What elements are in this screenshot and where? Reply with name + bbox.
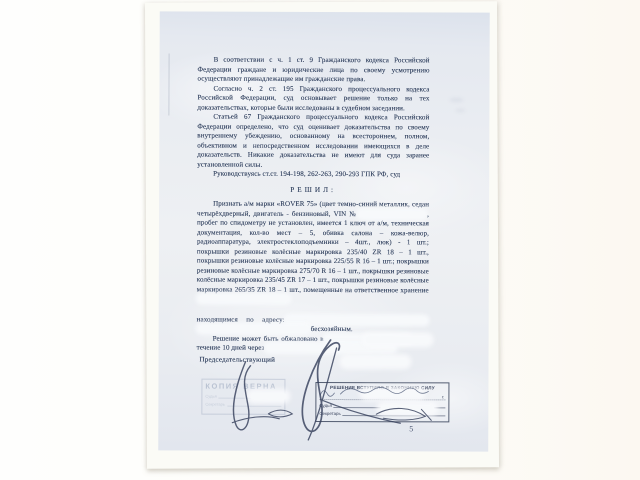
resolved-heading: РЕШИЛ: — [197, 185, 429, 195]
scan-smudge — [455, 108, 465, 112]
document-page: В соответствии с ч. 1 ст. 9 Гражданского… — [158, 11, 490, 451]
scan-smudge — [449, 97, 463, 102]
signature-ink — [178, 327, 468, 443]
decision-text-block: В соответствии с ч. 1 ст. 9 Гражданского… — [197, 56, 430, 354]
scan-crease — [168, 53, 169, 115]
handwritten-date — [320, 387, 428, 396]
spacer — [197, 304, 429, 316]
address-label: находящимся по адресу: — [197, 315, 285, 323]
paragraph-decision: Признать а/м марки «ROVER 75» (цвет темн… — [197, 200, 429, 305]
redaction-blur-vin — [359, 211, 425, 217]
redaction-blur-custodian — [199, 296, 289, 302]
paragraph-guided-by: Руководствуясь ст.ст. 194-198, 262-263, … — [197, 170, 429, 180]
paragraph-cpc-art195: Согласно ч. 2 ст. 195 Гражданского проце… — [197, 84, 429, 113]
redaction-blur-address — [287, 316, 427, 322]
scanned-page-canvas: В соответствии с ч. 1 ст. 9 Гражданского… — [0, 0, 640, 480]
paragraph-cpc-art67: Статьей 67 Гражданского процессуального … — [197, 113, 429, 171]
photocopy-sheet: В соответствии с ч. 1 ст. 9 Гражданского… — [145, 1, 499, 469]
paragraph-civil-code-art9: В соответствии с ч. 1 ст. 9 Гражданского… — [197, 56, 429, 85]
page-number: 5 — [409, 424, 413, 433]
decision-text-after-vin: , пробег по спидометру не установлен, им… — [197, 210, 429, 294]
